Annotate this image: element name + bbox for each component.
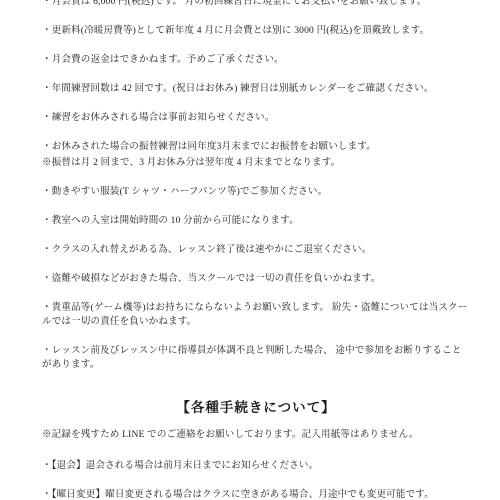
rules-section: ・月会費は 6,000 円(税込)です。 月の初回練習日に現金にてお支払いをお願… bbox=[42, 0, 470, 372]
rule-item-absence-notice: ・練習をお休みされる場合は事前お知らせください。 bbox=[42, 111, 470, 125]
rule-item-leave-promptly: ・クラスの入れ替えがある為、レッスン終了後は速やかにご退室ください。 bbox=[42, 243, 470, 257]
rule-item-annual-sessions: ・年間練習回数は 42 回です。(祝日はお休み) 練習日は別紙カレンダーをご確認… bbox=[42, 82, 470, 96]
rule-item-makeup-lesson: ・お休みされた場合の振替練習は同年度3月末までにお振替をお願いします。 bbox=[42, 140, 470, 154]
rule-item-renewal-fee: ・更新料(冷暖房費等)として新年度 4 月に月会費とは別に 3000 円(税込)… bbox=[42, 24, 470, 38]
rule-item-no-refund: ・月会費の返金はできかねます。予めご了承ください。 bbox=[42, 53, 470, 67]
procedures-heading: 【各種手続きについて】 bbox=[42, 398, 470, 418]
rules-document-page: ・月会費は 6,000 円(税込)です。 月の初回練習日に現金にてお支払いをお願… bbox=[0, 0, 500, 500]
rule-item-theft-damage: ・盗難や破損などがおきた場合、当スクールでは一切の責任を負いかねます。 bbox=[42, 272, 470, 286]
rule-item-health-condition: ・レッスン前及びレッスン中に指導員が体調不良と判断した場合、 途中で参加をお断り… bbox=[42, 344, 470, 372]
procedures-section: 【各種手続きについて】 ※記録を残すため LINE でのご連絡をお願いしておりま… bbox=[42, 398, 470, 500]
rule-item-makeup-note: ※振替は月 2 回まで、3 月お休み分は翌年度 4 月末までとなります。 bbox=[42, 156, 470, 170]
procedures-line-note: ※記録を残すため LINE でのご連絡をお願いしております。記入用紙等はありませ… bbox=[42, 428, 470, 442]
rule-item-valuables: ・貴重品等(ゲーム機等)はお持ちにならないようお願い致します。 紛失・盗難につい… bbox=[42, 301, 470, 329]
procedure-item-withdrawal: ・【退会】退会される場合は前月末日までにお知らせください。 bbox=[42, 459, 470, 473]
procedure-item-day-change: ・【曜日変更】曜日変更される場合はクラスに空きがある場合、月途中でも変更可能です… bbox=[42, 488, 470, 500]
rule-item-monthly-fee: ・月会費は 6,000 円(税込)です。 月の初回練習日に現金にてお支払いをお願… bbox=[42, 0, 470, 9]
rule-item-entry-time: ・教室への入室は開始時間の 10 分前から可能になります。 bbox=[42, 214, 470, 228]
rule-item-clothing: ・動きやすい服装(T シャツ・ハーフパンツ等)でご参加ください。 bbox=[42, 185, 470, 199]
